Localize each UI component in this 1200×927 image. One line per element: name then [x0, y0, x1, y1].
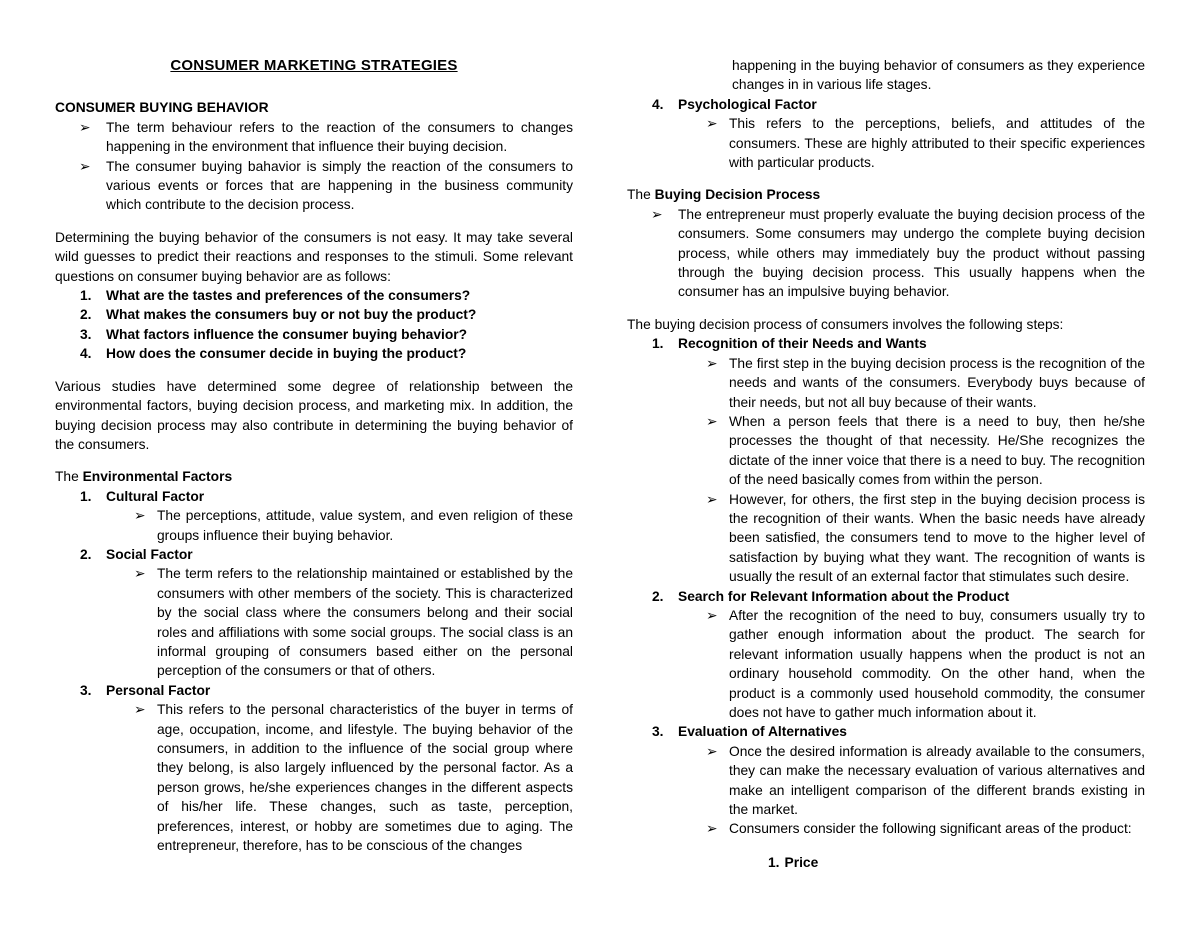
bullet-item: ➢ Consumers consider the following signi… — [627, 819, 1145, 838]
arrow-bullet-icon: ➢ — [651, 205, 678, 224]
list-number: 4. — [652, 95, 678, 114]
heading-environmental-factors: The Environmental Factors — [55, 467, 573, 486]
bullet-item: ➢ However, for others, the first step in… — [627, 490, 1145, 587]
bullet-item: ➢ This refers to the perceptions, belief… — [627, 114, 1145, 172]
bullet-text: This refers to the personal characterist… — [157, 700, 573, 855]
arrow-bullet-icon: ➢ — [134, 564, 157, 583]
heading-bold: Environmental Factors — [83, 469, 233, 484]
step-title: Search for Relevant Information about th… — [678, 587, 1145, 606]
heading-bold: Buying Decision Process — [655, 187, 821, 202]
bullet-item: ➢ Once the desired information is alread… — [627, 742, 1145, 820]
list-number: 4. — [80, 344, 106, 363]
heading-consumer-buying-behavior: CONSUMER BUYING BEHAVIOR — [55, 98, 573, 117]
heading-prefix: The — [627, 187, 655, 202]
factor-title: Psychological Factor — [678, 95, 1145, 114]
arrow-bullet-icon: ➢ — [134, 700, 157, 719]
bullet-text: Consumers consider the following signifi… — [729, 819, 1145, 838]
numbered-item: 2. Social Factor — [55, 545, 573, 564]
arrow-bullet-icon: ➢ — [706, 742, 729, 761]
question-item: 4. How does the consumer decide in buyin… — [55, 344, 573, 363]
document-page: CONSUMER MARKETING STRATEGIES CONSUMER B… — [0, 0, 1200, 927]
question-text: What makes the consumers buy or not buy … — [106, 305, 573, 324]
bullet-item: ➢ The entrepreneur must properly evaluat… — [627, 205, 1145, 302]
question-item: 3. What factors influence the consumer b… — [55, 325, 573, 344]
arrow-bullet-icon: ➢ — [706, 412, 729, 431]
numbered-item: 3. Evaluation of Alternatives — [627, 722, 1145, 741]
numbered-item: 4. Psychological Factor — [627, 95, 1145, 114]
bullet-item: ➢ The term behaviour refers to the react… — [55, 118, 573, 157]
question-text: What are the tastes and preferences of t… — [106, 286, 573, 305]
numbered-item: 3. Personal Factor — [55, 681, 573, 700]
bullet-item: ➢ The first step in the buying decision … — [627, 354, 1145, 412]
continuation-paragraph: happening in the buying behavior of cons… — [627, 56, 1145, 95]
numbered-item: 2. Search for Relevant Information about… — [627, 587, 1145, 606]
bullet-text: However, for others, the first step in t… — [729, 490, 1145, 587]
left-column: CONSUMER MARKETING STRATEGIES CONSUMER B… — [55, 56, 573, 855]
bullet-text: The perceptions, attitude, value system,… — [157, 506, 573, 545]
bullet-item: ➢ The term refers to the relationship ma… — [55, 564, 573, 680]
list-number: 1. — [80, 286, 106, 305]
list-number: 3. — [80, 325, 106, 344]
paragraph-various-studies: Various studies have determined some deg… — [55, 377, 573, 455]
heading-buying-decision-process: The Buying Decision Process — [627, 185, 1145, 204]
arrow-bullet-icon: ➢ — [79, 118, 106, 137]
factor-title: Social Factor — [106, 545, 573, 564]
document-title: CONSUMER MARKETING STRATEGIES — [55, 56, 573, 75]
list-number: 1. — [652, 334, 678, 353]
bullet-text: This refers to the perceptions, beliefs,… — [729, 114, 1145, 172]
bullet-text: The term behaviour refers to the reactio… — [106, 118, 573, 157]
numbered-item: 1. Cultural Factor — [55, 487, 573, 506]
arrow-bullet-icon: ➢ — [706, 819, 729, 838]
bullet-item: ➢ This refers to the personal characteri… — [55, 700, 573, 855]
heading-prefix: The — [55, 469, 83, 484]
bullet-text: After the recognition of the need to buy… — [729, 606, 1145, 722]
factor-title: Cultural Factor — [106, 487, 573, 506]
step-title: Evaluation of Alternatives — [678, 722, 1145, 741]
factor-title: Personal Factor — [106, 681, 573, 700]
sub-numbered-item-price: 1.Price — [627, 853, 1145, 872]
list-number: 1. — [768, 855, 780, 870]
question-item: 2. What makes the consumers buy or not b… — [55, 305, 573, 324]
bullet-item: ➢ The consumer buying bahavior is simply… — [55, 157, 573, 215]
list-number: 1. — [80, 487, 106, 506]
arrow-bullet-icon: ➢ — [134, 506, 157, 525]
right-column: happening in the buying behavior of cons… — [627, 56, 1145, 872]
bullet-text: The entrepreneur must properly evaluate … — [678, 205, 1145, 302]
paragraph-steps-intro: The buying decision process of consumers… — [627, 315, 1145, 334]
bullet-text: The consumer buying bahavior is simply t… — [106, 157, 573, 215]
arrow-bullet-icon: ➢ — [706, 354, 729, 373]
arrow-bullet-icon: ➢ — [79, 157, 106, 176]
bullet-item: ➢ The perceptions, attitude, value syste… — [55, 506, 573, 545]
step-title: Recognition of their Needs and Wants — [678, 334, 1145, 353]
paragraph-determining: Determining the buying behavior of the c… — [55, 228, 573, 286]
arrow-bullet-icon: ➢ — [706, 606, 729, 625]
bullet-item: ➢ When a person feels that there is a ne… — [627, 412, 1145, 490]
question-text: What factors influence the consumer buyi… — [106, 325, 573, 344]
list-number: 3. — [80, 681, 106, 700]
question-text: How does the consumer decide in buying t… — [106, 344, 573, 363]
arrow-bullet-icon: ➢ — [706, 114, 729, 133]
price-label: Price — [785, 855, 819, 870]
question-item: 1. What are the tastes and preferences o… — [55, 286, 573, 305]
list-number: 2. — [80, 305, 106, 324]
arrow-bullet-icon: ➢ — [706, 490, 729, 509]
list-number: 2. — [80, 545, 106, 564]
bullet-text: The term refers to the relationship main… — [157, 564, 573, 680]
bullet-text: Once the desired information is already … — [729, 742, 1145, 820]
numbered-item: 1. Recognition of their Needs and Wants — [627, 334, 1145, 353]
bullet-text: The first step in the buying decision pr… — [729, 354, 1145, 412]
list-number: 2. — [652, 587, 678, 606]
list-number: 3. — [652, 722, 678, 741]
bullet-text: When a person feels that there is a need… — [729, 412, 1145, 490]
bullet-item: ➢ After the recognition of the need to b… — [627, 606, 1145, 722]
